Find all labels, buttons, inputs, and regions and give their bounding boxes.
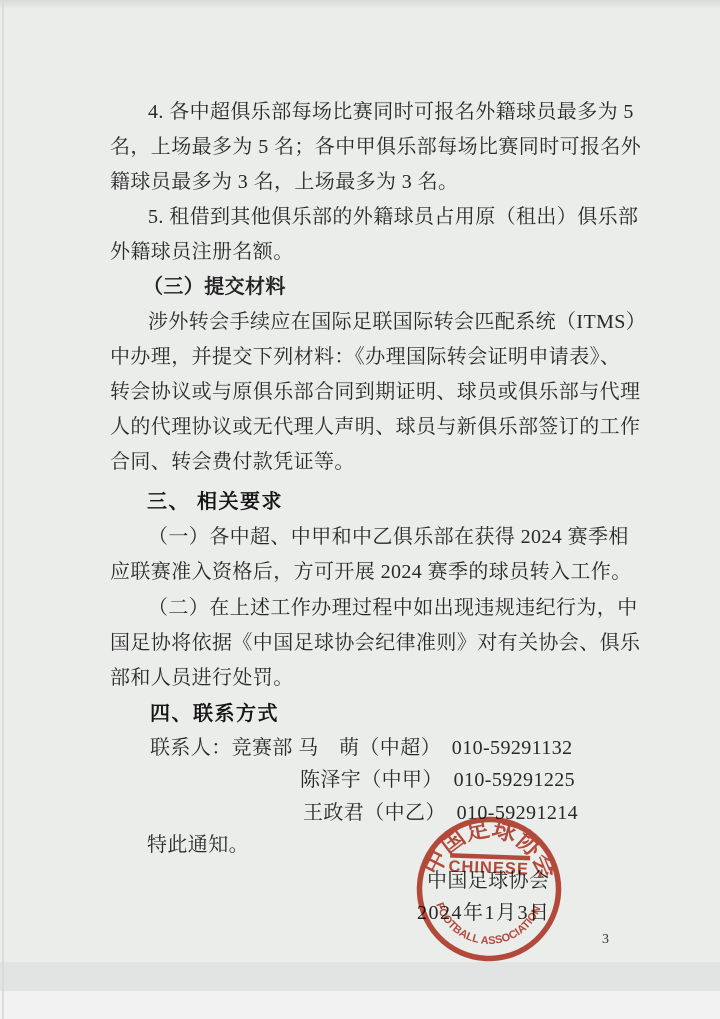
- doc-line: 国足协将依据《中国足球协会纪律准则》对有关协会、俱乐: [110, 631, 640, 655]
- doc-line: 4. 各中超俱乐部每场比赛同时可报名外籍球员最多为 5: [148, 100, 634, 124]
- doc-line: 转会协议或与原俱乐部合同到期证明、球员或俱乐部与代理: [110, 380, 640, 404]
- doc-line: 籍球员最多为 3 名，上场最多为 3 名。: [110, 170, 458, 194]
- doc-line: 5. 租借到其他俱乐部的外籍球员占用原（租出）俱乐部: [148, 205, 638, 229]
- section-heading-contact: 四、联系方式: [150, 702, 279, 726]
- doc-line: 人的代理协议或无代理人声明、球员与新俱乐部签订的工作: [110, 415, 640, 439]
- doc-line: （二）在上述工作办理过程中如出现违规违纪行为，中: [148, 596, 638, 620]
- page-number: 3: [602, 928, 609, 952]
- doc-line: 名，上场最多为 5 名；各中甲俱乐部每场比赛同时可报名外: [110, 135, 641, 159]
- scanned-document-page: 4. 各中超俱乐部每场比赛同时可报名外籍球员最多为 5 名，上场最多为 5 名；…: [0, 0, 720, 1019]
- doc-line: 部和人员进行处罚。: [110, 666, 294, 690]
- contact-line-league-one: 陈泽宇（中甲） 010-59291225: [300, 768, 575, 792]
- seal-bottom-arc-text: FOOTBALL ASSOCIATION: [432, 901, 544, 949]
- contact-line-csl: 联系人：竞赛部 马 萌（中超） 010-59291132: [150, 736, 573, 760]
- doc-line: 应联赛准入资格后，方可开展 2024 赛季的球员转入工作。: [110, 560, 632, 584]
- section-heading-requirements: 三、 相关要求: [147, 490, 283, 514]
- doc-line: 合同、转会费付款凭证等。: [110, 450, 355, 474]
- doc-line: （一）各中超、中甲和中乙俱乐部在获得 2024 赛季相: [148, 525, 629, 549]
- official-seal-stamp-icon: 中国足球协会 CHINESE FOOTBALL ASSOCIATION: [413, 813, 565, 963]
- seal-center-text: CHINESE: [448, 858, 529, 879]
- doc-line: 涉外转会手续应在国际足联国际转会匹配系统（ITMS）: [148, 310, 646, 334]
- doc-line: 中办理，并提交下列材料：《办理国际转会证明申请表》、: [110, 345, 620, 369]
- notice-closing: 特此通知。: [147, 833, 249, 857]
- section-heading-materials: （三）提交材料: [143, 275, 286, 299]
- doc-line: 外籍球员注册名额。: [110, 240, 294, 264]
